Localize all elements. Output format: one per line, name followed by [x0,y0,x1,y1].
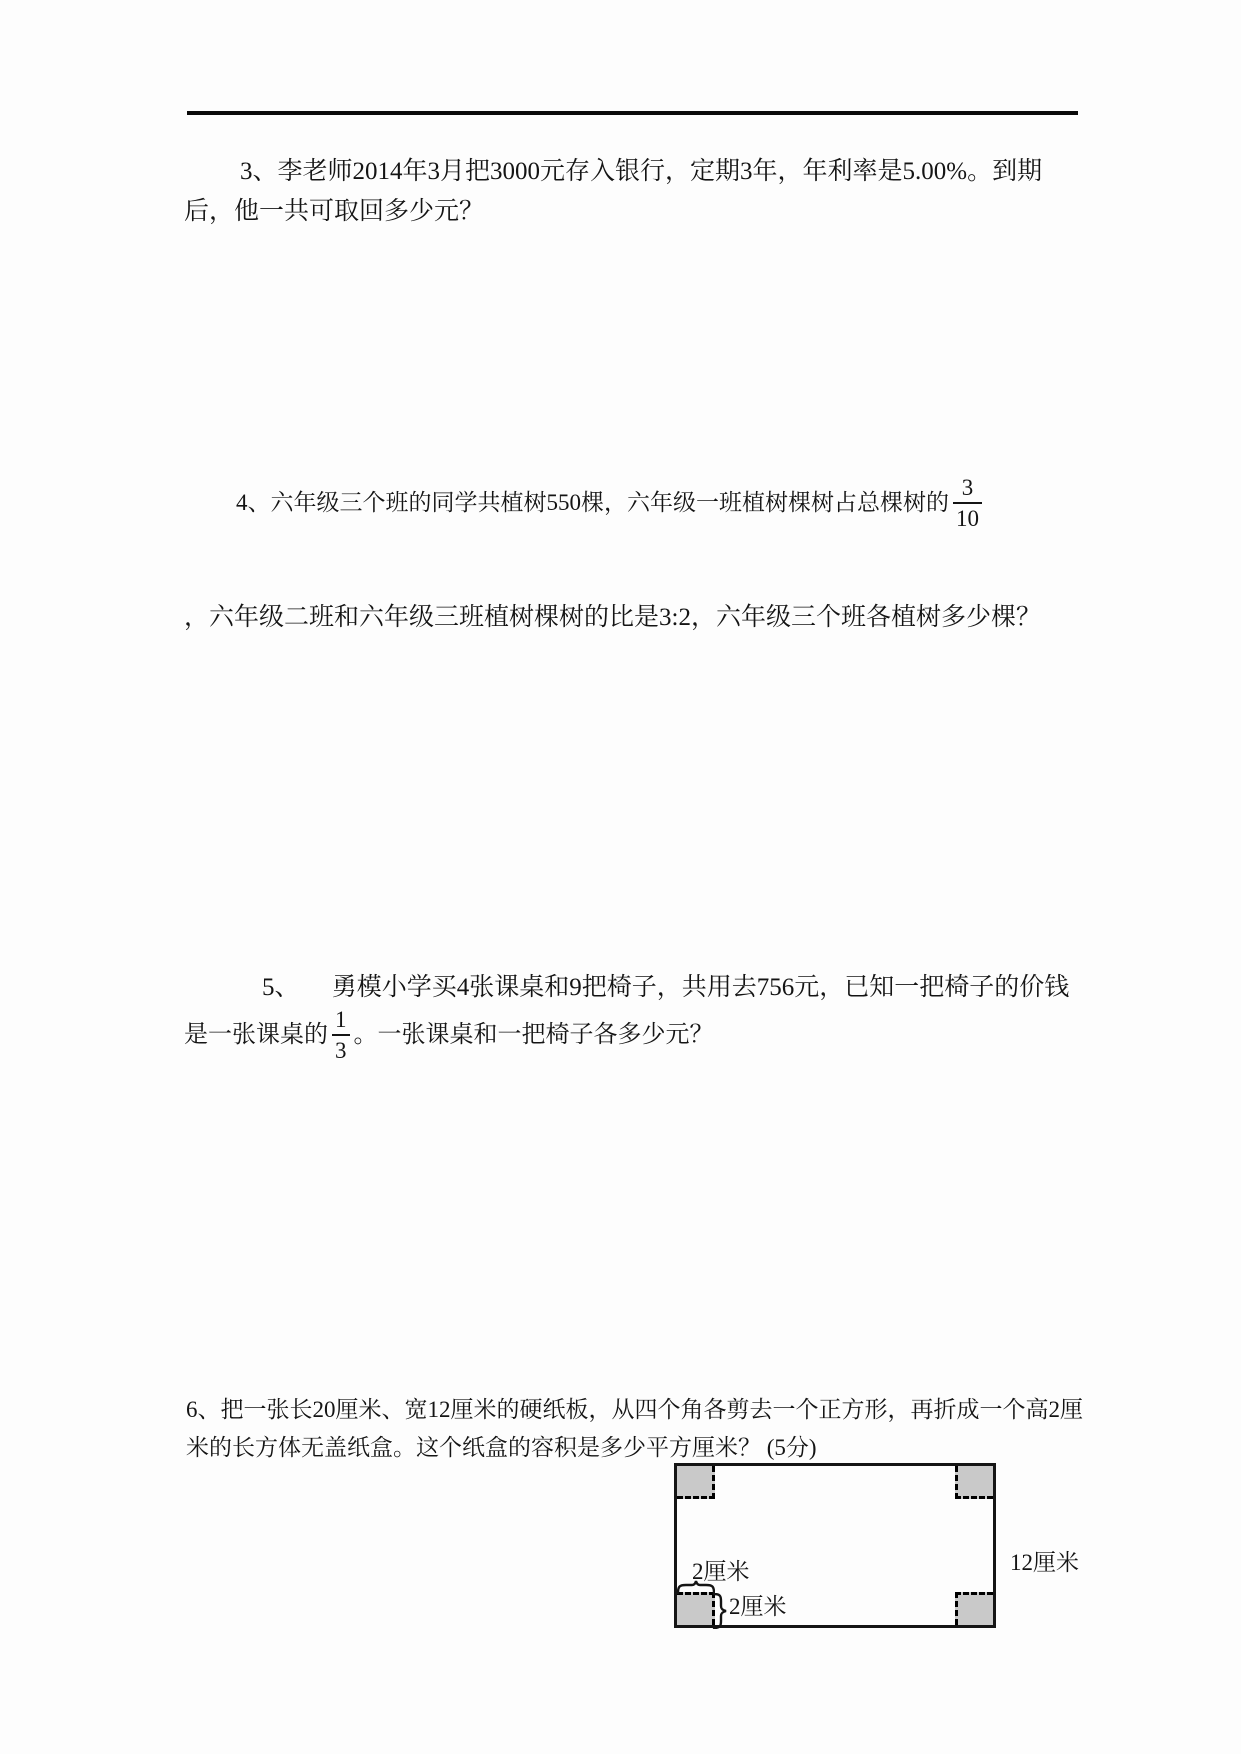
cut-corner-square-bottom-left [677,1592,715,1625]
fraction-one-third: 1 3 [332,1008,350,1062]
fraction-denominator: 10 [953,507,982,530]
diagram-height-label: 12厘米 [1010,1549,1079,1577]
question-5-line-2: 是一张课桌的 1 3 。一张课桌和一把椅子各多少元？ [184,1004,714,1066]
width-brace-icon [677,1580,715,1594]
question-5-line-1: 5、 勇模小学买4张课桌和9把椅子，共用去756元，已知一把椅子的价钱 [262,972,1069,1003]
side-brace-icon [711,1593,729,1629]
worksheet-page: 3、李老师2014年3月把3000元存入银行，定期3年，年利率是5.00%。到期… [0,0,1241,1754]
question-5-line2-after: 。一张课桌和一把椅子各多少元？ [354,1020,714,1050]
question-4-line-1: 4、六年级三个班的同学共植树550棵，六年级一班植树棵树占总棵树的 3 10 [236,470,986,536]
fraction-three-tenths: 3 10 [953,476,982,530]
question-3-line-1: 3、李老师2014年3月把3000元存入银行，定期3年，年利率是5.00%。到期 [240,156,1042,187]
fraction-denominator: 3 [332,1039,350,1062]
question-6-line-1: 6、把一张长20厘米、宽12厘米的硬纸板，从四个角各剪去一个正方形，再折成一个高… [186,1396,1083,1425]
question-5-number: 5、 [262,974,300,1001]
cut-corner-square-top-right [955,1466,993,1499]
fraction-numerator: 3 [959,476,977,499]
fraction-bar [953,502,982,504]
top-rule [187,111,1078,115]
question-6-line-2: 米的长方体无盖纸盒。这个纸盒的容积是多少平方厘米？ (5分) [186,1434,817,1463]
question-4-text: 4、六年级三个班的同学共植树550棵，六年级一班植树棵树占总棵树的 [236,489,949,518]
question-3-line-2: 后，他一共可取回多少元？ [184,196,484,227]
cut-corner-square-bottom-right [955,1592,993,1625]
question-5-text: 勇模小学买4张课桌和9把椅子，共用去756元，已知一把椅子的价钱 [332,974,1070,1001]
fraction-bar [332,1034,350,1036]
cardboard-rectangle-diagram: 2厘米 2厘米 [674,1463,996,1628]
question-5-line2-before: 是一张课桌的 [184,1020,328,1050]
cut-square-height-label: 2厘米 [729,1595,787,1618]
fraction-numerator: 1 [332,1008,350,1031]
question-4-line-2: ，六年级二班和六年级三班植树棵树的比是3:2，六年级三个班各植树多少棵？ [184,602,1041,633]
cut-corner-square-top-left [677,1466,715,1499]
